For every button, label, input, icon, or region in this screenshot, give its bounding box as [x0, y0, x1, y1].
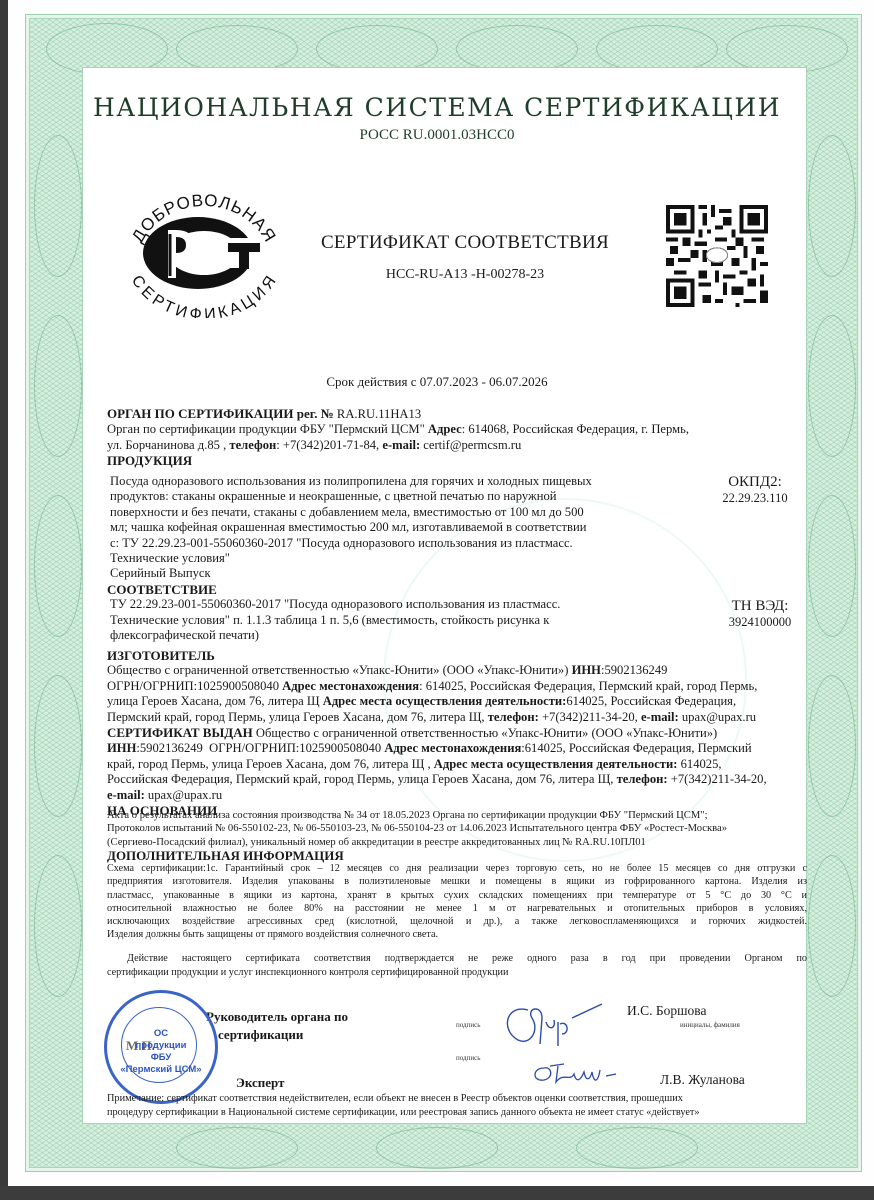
tn-ved-code: ТН ВЭД: 3924100000 — [710, 598, 810, 630]
expert-label: Эксперт — [236, 1075, 284, 1091]
system-title: НАЦИОНАЛЬНАЯ СИСТЕМА СЕРТИФИКАЦИИ — [0, 93, 874, 122]
scan-edge-left — [0, 0, 8, 1200]
certification-body-name: Орган по сертификации продукции ФБУ "Пер… — [107, 422, 425, 436]
validity-note: Примечание: сертификат соответствия неде… — [107, 1092, 807, 1119]
certification-body-reg-number: RA.RU.11НА13 — [337, 407, 421, 421]
head-name: И.С. Боршова — [627, 1003, 706, 1019]
system-registry-number: РОСС RU.0001.03НСС0 — [0, 127, 874, 144]
manufacturer-inn: :5902136249 — [601, 663, 667, 677]
name-caption: инициалы, фамилия — [680, 1021, 740, 1029]
expert-name: Л.В. Жуланова — [660, 1072, 745, 1088]
product-description: Посуда одноразового использования из пол… — [110, 474, 630, 582]
conformity-heading: СООТВЕТСТВИЕ — [107, 582, 667, 597]
scan-edge-bottom — [0, 1186, 874, 1200]
official-stamp: ОС продукции ФБУ «Пермский ЦСМ» — [104, 990, 218, 1104]
certification-body-section: ОРГАН ПО СЕРТИФИКАЦИИ рег. № RA.RU.11НА1… — [107, 406, 807, 469]
issued-to-email: upax@upax.ru — [148, 788, 222, 802]
signature-caption-1: подпись — [456, 1021, 480, 1029]
qr-code-icon[interactable] — [665, 205, 769, 307]
validity-period: Срок действия с 07.07.2023 - 06.07.2026 — [0, 374, 874, 390]
basis-text: Акта о результатах анализа состояния про… — [107, 809, 807, 862]
signature-caption-2: подпись — [456, 1054, 480, 1062]
issued-to-name: Общество с ограниченной ответственностью… — [256, 726, 717, 740]
certificate-number: НСС-RU-А13 -Н-00278-23 — [300, 267, 630, 283]
product-heading: ПРОДУКЦИЯ — [107, 453, 807, 468]
certificate-title: СЕРТИФИКАТ СООТВЕТСТВИЯ — [300, 232, 630, 254]
additional-info-text: Схема сертификации:1с. Гарантийный срок … — [107, 862, 807, 942]
issued-to-heading: СЕРТИФИКАТ ВЫДАН — [107, 725, 253, 740]
manufacturer-name: Общество с ограниченной ответственностью… — [107, 663, 568, 677]
certification-body-phone: : +7(342)201-71-84, — [276, 438, 379, 452]
manufacturer-heading: ИЗГОТОВИТЕЛЬ — [107, 648, 807, 663]
okpd2-code: ОКПД2: 22.29.23.110 — [700, 474, 810, 506]
head-of-body-label: Руководитель органа по сертификации — [206, 1008, 348, 1044]
additional-info-heading: ДОПОЛНИТЕЛЬНАЯ ИНФОРМАЦИЯ — [107, 849, 807, 862]
rst-voluntary-certification-logo-icon: ДОБРОВОЛЬНАЯ СЕРТИФИКАЦИЯ — [118, 190, 290, 318]
conformity-section: СООТВЕТСТВИЕ ТУ 22.29.23-001-55060360-20… — [107, 582, 667, 644]
expert-signature-icon — [530, 1058, 620, 1088]
certification-body-email: certif@permcsm.ru — [423, 438, 521, 452]
head-signature-icon — [498, 1000, 608, 1050]
inspection-confirmation: Действие настоящего сертификата соответс… — [107, 952, 807, 979]
manufacturer-section: ИЗГОТОВИТЕЛЬ Общество с ограниченной отв… — [107, 648, 807, 818]
manufacturer-email: upax@upax.ru — [682, 710, 756, 724]
certification-body-heading: ОРГАН ПО СЕРТИФИКАЦИИ рег. № — [107, 406, 334, 421]
certification-body-address: : 614068, Российская Федерация, г. Пермь… — [462, 422, 689, 436]
